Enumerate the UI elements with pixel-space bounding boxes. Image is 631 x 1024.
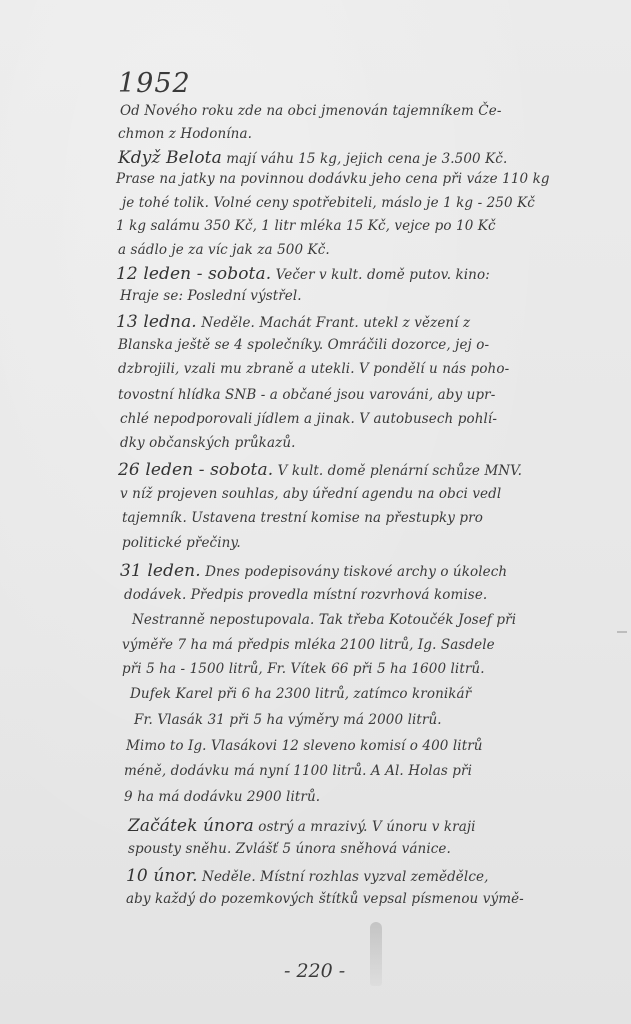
entry-heading: 26 leden - sobota. xyxy=(118,460,273,480)
entry-line: 10 únor. Neděle. Místní rozhlas vyzval z… xyxy=(126,868,488,885)
text-line: tajemník. Ustavena trestní komise na pře… xyxy=(122,512,483,526)
text-line: méně, dodávku má nyní 1100 litrů. A Al. … xyxy=(124,765,472,779)
entry-line: Když Belota mají váhu 15 kg, jejich cena… xyxy=(118,150,507,167)
text-line: 1 kg salámu 350 Kč, 1 litr mléka 15 Kč, … xyxy=(116,220,496,234)
entry-heading: 31 leden. xyxy=(120,561,201,581)
text-line: spousty sněhu. Zvlášť 5 února sněhová vá… xyxy=(128,843,451,857)
entry-line: 12 leden - sobota. Večer v kult. domě pu… xyxy=(116,266,490,283)
text-line: Nestranně nepostupovala. Tak třeba Kotou… xyxy=(132,614,516,628)
text-line: Fr. Vlasák 31 při 5 ha výměry má 2000 li… xyxy=(134,714,442,728)
text-line: Hraje se: Poslední výstřel. xyxy=(120,290,302,304)
text-line: Mimo to Ig. Vlasákovi 12 sleveno komisí … xyxy=(126,740,483,754)
text-line: Dufek Karel při 6 ha 2300 litrů, zatímco… xyxy=(130,688,471,702)
text-line: při 5 ha - 1500 litrů, Fr. Vítek 66 při … xyxy=(122,663,485,677)
text-line: dodávek. Předpis provedla místní rozvrho… xyxy=(124,589,487,603)
text-line: Od Nového roku zde na obci jmenován taje… xyxy=(120,105,502,119)
text-line: je tohé tolik. Volné ceny spotřebiteli, … xyxy=(122,197,535,211)
paper-stain xyxy=(370,922,382,986)
entry-line: Začátek února ostrý a mrazivý. V únoru v… xyxy=(128,818,476,835)
text-line: Prase na jatky na povinnou dodávku jeho … xyxy=(116,173,550,187)
entry-line: 26 leden - sobota. V kult. domě plenární… xyxy=(118,462,522,479)
entry-line: 13 ledna. Neděle. Machát Frant. utekl z … xyxy=(116,314,470,331)
text-line: dzbrojili, vzali mu zbraně a utekli. V p… xyxy=(118,363,509,377)
handwritten-chronicle-page: 1952 Od Nového roku zde na obci jmenován… xyxy=(0,0,631,1024)
entry-line: 31 leden. Dnes podepisovány tiskové arch… xyxy=(120,563,507,580)
text-line: a sádlo je za víc jak za 500 Kč. xyxy=(118,244,330,258)
text-line: chlé nepodporovali jídlem a jinak. V aut… xyxy=(120,413,497,427)
entry-heading: 13 ledna. xyxy=(116,312,197,332)
text-line: chmon z Hodonína. xyxy=(118,128,252,142)
text-line: tovostní hlídka SNB - a občané jsou varo… xyxy=(118,389,495,403)
text-line: Blanska ještě se 4 společníky. Omráčili … xyxy=(118,339,489,353)
year-heading: 1952 xyxy=(118,68,191,99)
text-line: výměře 7 ha má předpis mléka 2100 litrů,… xyxy=(122,639,495,653)
entry-heading: Když Belota xyxy=(118,148,222,168)
text-line: v níž projeven souhlas, aby úřední agend… xyxy=(120,488,501,502)
page-number: - 220 - xyxy=(284,960,345,982)
entry-heading: 10 únor. xyxy=(126,866,198,886)
entry-heading: Začátek února xyxy=(128,816,254,836)
text-line: dky občanských průkazů. xyxy=(120,437,296,451)
entry-heading: 12 leden - sobota. xyxy=(116,264,271,284)
text-line: politické přečiny. xyxy=(122,537,241,551)
text-line: 9 ha má dodávku 2900 litrů. xyxy=(124,791,320,805)
margin-mark xyxy=(617,631,627,633)
text-line: aby každý do pozemkových štítků vepsal p… xyxy=(126,893,524,907)
